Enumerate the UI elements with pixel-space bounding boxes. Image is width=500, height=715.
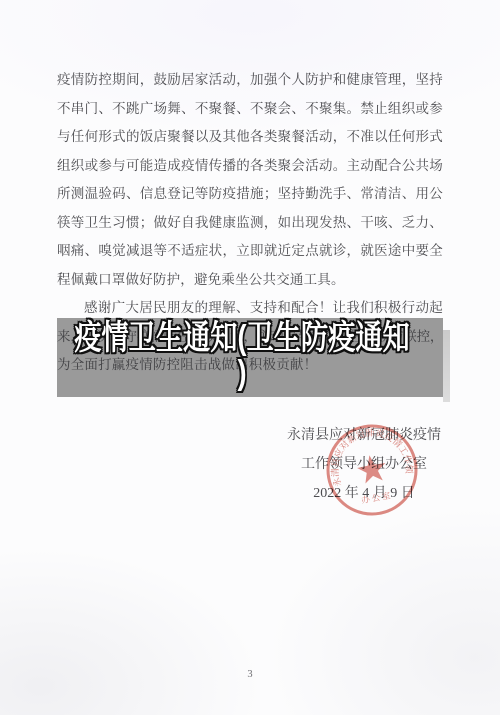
overlay-title-line1: 疫情卫生通知(卫生防疫通知 xyxy=(42,321,442,356)
band-shadow-edge xyxy=(443,330,450,402)
body-line: 筷等卫生习惯；做好自我健康监测，如出现发热、干咳、乏力、 xyxy=(57,209,443,238)
official-seal: 永清县应对新冠肺炎疫情工作领导小组 办公室 xyxy=(322,420,422,520)
document-photo: 疫情防控期间，鼓励居家活动，加强个人防护和健康管理，坚持 不串门、不跳广场舞、不… xyxy=(0,0,500,715)
seal-ring-text: 永清县应对新冠肺炎疫情工作领导小组 xyxy=(322,420,417,491)
overlay-title: 疫情卫生通知(卫生防疫通知 ) xyxy=(42,321,442,391)
seal-star-icon xyxy=(355,453,388,485)
seal-bottom-text: 办公室 xyxy=(360,490,393,505)
overlay-title-line2: ) xyxy=(42,356,442,391)
body-line: 不串门、不跳广场舞、不聚餐、不聚会、不聚集。禁止组织或参 xyxy=(57,95,443,124)
body-line: 疫情防控期间，鼓励居家活动，加强个人防护和健康管理，坚持 xyxy=(57,66,443,95)
body-line: 咽痛、嗅觉减退等不适症状，立即就近定点就诊，就医途中要全 xyxy=(57,237,443,266)
body-line: 与任何形式的饭店聚餐以及其他各类聚餐活动，不准以任何形式 xyxy=(57,123,443,152)
svg-text:永清县应对新冠肺炎疫情工作领导小组: 永清县应对新冠肺炎疫情工作领导小组 xyxy=(322,420,417,491)
body-line: 所测温验码、信息登记等防疫措施；坚持勤洗手、常清洁、用公 xyxy=(57,180,443,209)
body-line: 程佩戴口罩做好防护，避免乘坐公共交通工具。 xyxy=(57,266,443,295)
body-line: 组织或参与可能造成疫情传播的各类聚会活动。主动配合公共场 xyxy=(57,152,443,181)
page-number: 3 xyxy=(0,669,500,680)
